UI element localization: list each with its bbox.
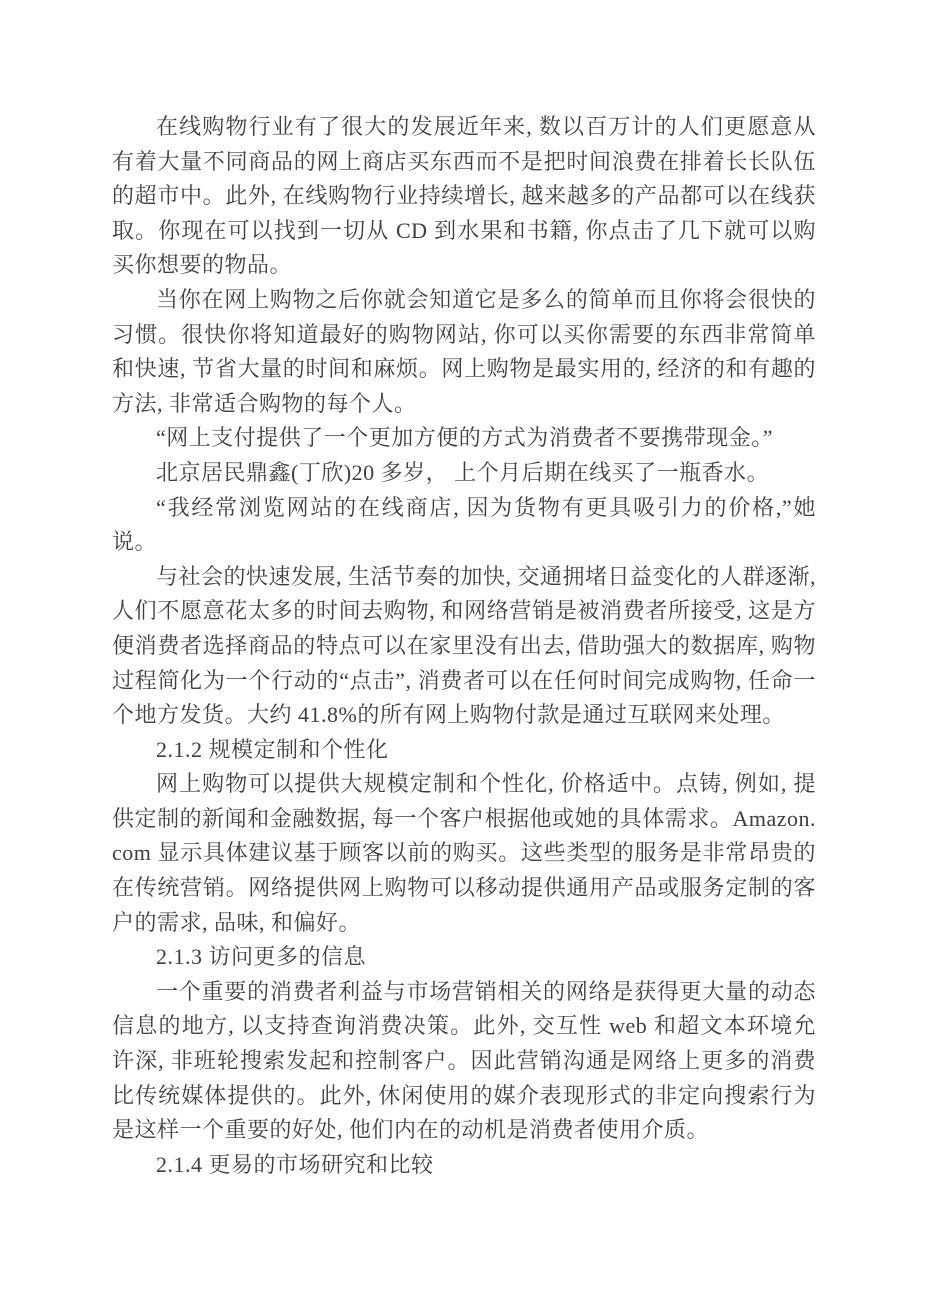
paragraph-mass-customization: 网上购物可以提供大规模定制和个性化, 价格适中。点铸, 例如, 提供定制的新闻和…: [112, 767, 816, 940]
section-heading-2-1-4: 2.1.4 更易的市场研究和比较: [112, 1148, 816, 1183]
paragraph-more-information: 一个重要的消费者利益与市场营销相关的网络是获得更大量的动态信息的地方, 以支持查…: [112, 975, 816, 1148]
paragraph-online-shopping-intro: 在线购物行业有了很大的发展近年来, 数以百万计的人们更愿意从有着大量不同商品的网…: [112, 110, 816, 283]
quote-browse-online-stores: “我经常浏览网站的在线商店, 因为货物有更具吸引力的价格,”她说。: [112, 491, 816, 560]
document-content: 在线购物行业有了很大的发展近年来, 数以百万计的人们更愿意从有着大量不同商品的网…: [112, 110, 816, 1182]
paragraph-beijing-resident: 北京居民鼎鑫(丁欣)20 多岁， 上个月后期在线买了一瓶香水。: [112, 456, 816, 491]
paragraph-social-development: 与社会的快速发展, 生活节奏的加快, 交通拥堵日益变化的人群逐渐, 人们不愿意花…: [112, 560, 816, 733]
section-heading-2-1-2: 2.1.2 规模定制和个性化: [112, 733, 816, 768]
paragraph-shopping-habit: 当你在网上购物之后你就会知道它是多么的简单而且你将会很快的习惯。很快你将知道最好…: [112, 283, 816, 421]
document-page: 在线购物行业有了很大的发展近年来, 数以百万计的人们更愿意从有着大量不同商品的网…: [0, 0, 926, 1309]
quote-online-payment: “网上支付提供了一个更加方便的方式为消费者不要携带现金。”: [112, 421, 816, 456]
section-heading-2-1-3: 2.1.3 访问更多的信息: [112, 940, 816, 975]
